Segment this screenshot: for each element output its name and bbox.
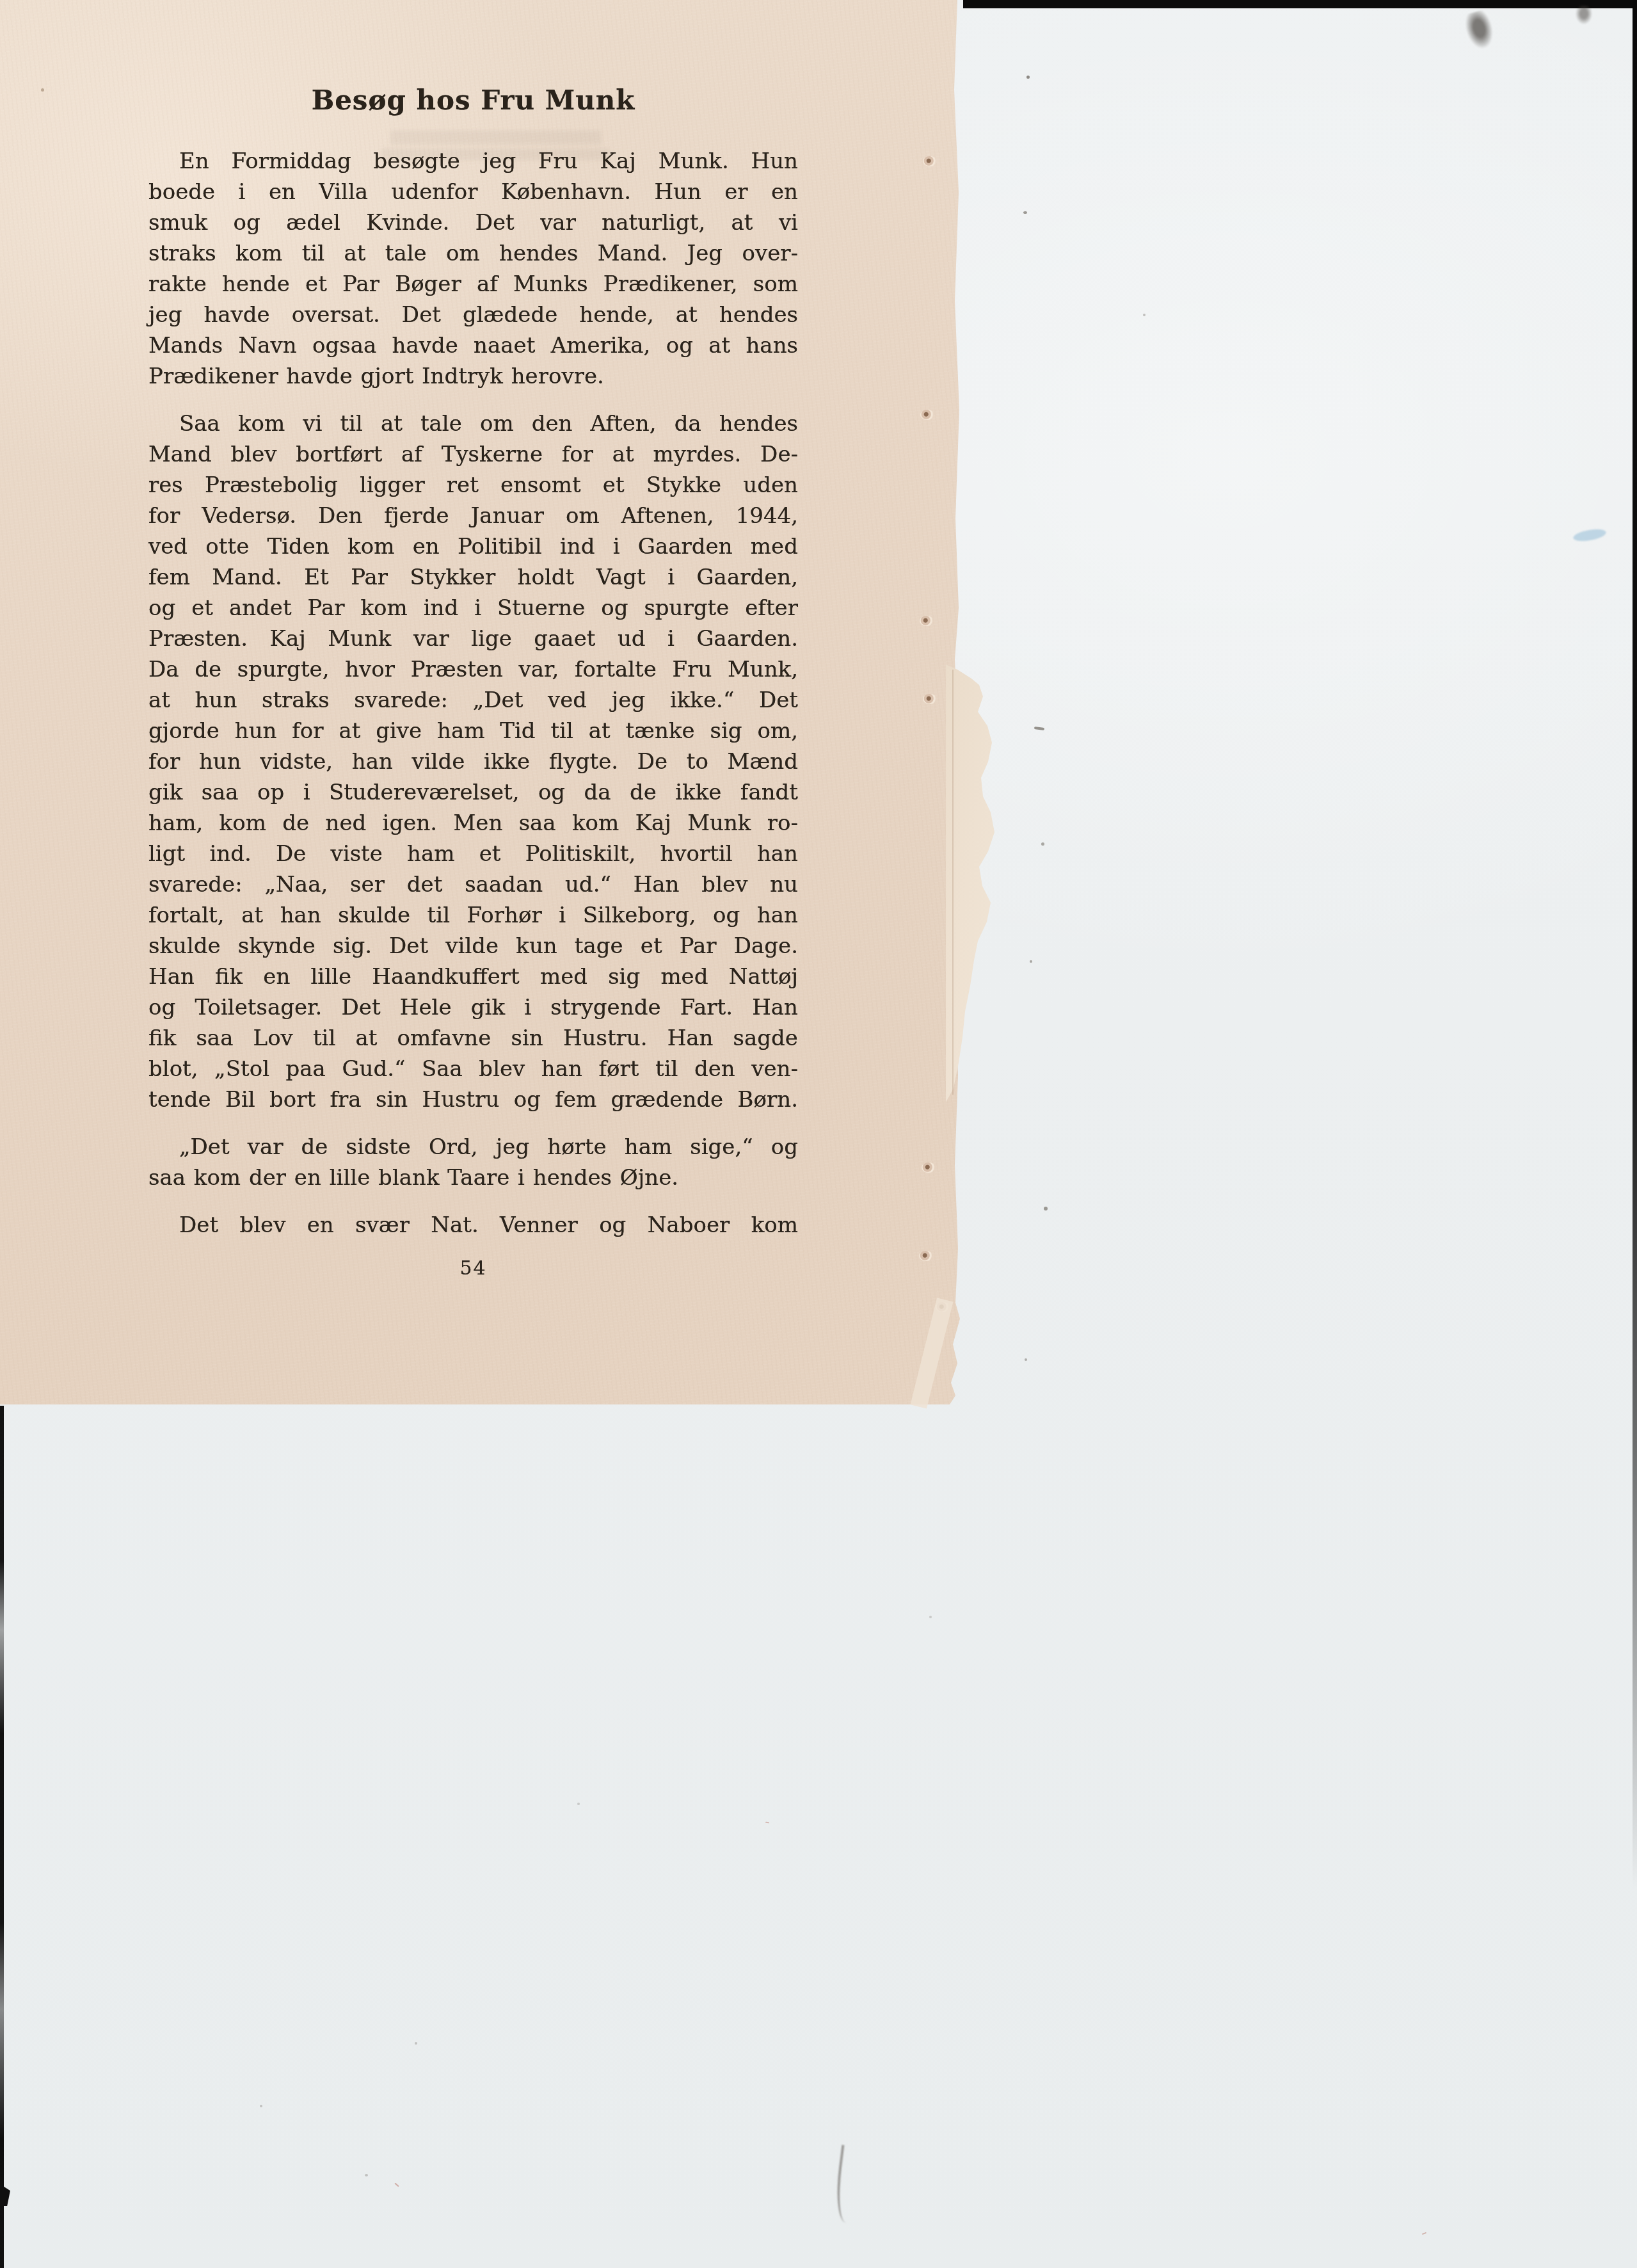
scanner-left-edge-mark xyxy=(0,2184,10,2206)
paper-nick xyxy=(923,156,937,166)
paper-nick xyxy=(920,410,934,420)
paragraph: En Formiddag besøgte jeg Fru Kaj Munk. H… xyxy=(148,146,798,392)
text-line: Prædikener havde gjort Indtryk herovre. xyxy=(148,361,798,392)
text-line: og Toiletsager. Det Hele gik i strygende… xyxy=(148,992,798,1023)
dust-speck xyxy=(577,1803,580,1805)
text-line: rakte hende et Par Bøger af Munks Prædik… xyxy=(148,269,798,300)
text-column: Besøg hos Fru Munk En Formiddag besøgte … xyxy=(148,84,798,1280)
scanner-left-edge xyxy=(0,1406,4,2268)
text-line: tende Bil bort fra sin Hustru og fem græ… xyxy=(148,1084,798,1115)
text-line: fem Mand. Et Par Stykker holdt Vagt i Ga… xyxy=(148,562,798,593)
text-line: Det blev en svær Nat. Venner og Naboer k… xyxy=(148,1210,798,1241)
dust-speck xyxy=(1041,842,1044,846)
text-line: Saa kom vi til at tale om den Aften, da … xyxy=(148,408,798,439)
blue-streak-mark xyxy=(1572,527,1607,543)
dust-speck xyxy=(1030,960,1032,963)
paper-nick xyxy=(923,694,937,704)
paragraph: Det blev en svær Nat. Venner og Naboer k… xyxy=(148,1210,798,1241)
text-line: straks kom til at tale om hendes Mand. J… xyxy=(148,238,798,269)
red-fiber xyxy=(394,2183,399,2187)
text-line: ved otte Tiden kom en Politibil ind i Ga… xyxy=(148,531,798,562)
text-line: og et andet Par kom ind i Stuerne og spu… xyxy=(148,593,798,623)
text-line: Mands Navn ogsaa havde naaet Amerika, og… xyxy=(148,330,798,361)
text-line: smuk og ædel Kvinde. Det var naturligt, … xyxy=(148,207,798,238)
text-line: Han fik en lille Haandkuffert med sig me… xyxy=(148,961,798,992)
paper-nick xyxy=(922,1162,936,1173)
dust-speck xyxy=(929,1616,932,1618)
text-line: gik saa op i Studereværelset, og da de i… xyxy=(148,777,798,808)
dust-speck xyxy=(1044,1207,1048,1210)
dust-speck xyxy=(1143,314,1146,316)
text-line: res Præstebolig ligger ret ensomt et Sty… xyxy=(148,470,798,501)
paragraph: Saa kom vi til at tale om den Aften, da … xyxy=(148,408,798,1115)
text-line: En Formiddag besøgte jeg Fru Kaj Munk. H… xyxy=(148,146,798,177)
text-line: boede i en Villa udenfor København. Hun … xyxy=(148,177,798,207)
text-line: blot, „Stol paa Gud.“ Saa blev han ført … xyxy=(148,1054,798,1084)
book-page: Besøg hos Fru Munk En Formiddag besøgte … xyxy=(0,0,968,1404)
torn-edge-crease xyxy=(952,670,954,1095)
text-line: Mand blev bortført af Tyskerne for at my… xyxy=(148,439,798,470)
dust-speck xyxy=(41,88,44,92)
text-line: at hun straks svarede: „Det ved jeg ikke… xyxy=(148,685,798,716)
page-number: 54 xyxy=(148,1257,798,1280)
dust-speck xyxy=(1023,211,1027,214)
red-fiber xyxy=(765,1821,769,1823)
page-title: Besøg hos Fru Munk xyxy=(148,84,798,117)
text-line: fortalt, at han skulde til Forhør i Silk… xyxy=(148,900,798,931)
dust-speck xyxy=(1026,76,1030,79)
scanner-top-edge xyxy=(963,0,1637,8)
text-line: ham, kom de ned igen. Men saa kom Kaj Mu… xyxy=(148,808,798,839)
gray-squiggle-mark xyxy=(833,2145,861,2224)
text-line: jeg havde oversat. Det glædede hende, at… xyxy=(148,300,798,330)
gray-smudge xyxy=(1576,5,1592,24)
scanned-document-canvas: Besøg hos Fru Munk En Formiddag besøgte … xyxy=(0,0,1637,2268)
dust-speck xyxy=(1025,1358,1027,1361)
text-line: ligt ind. De viste ham et Politiskilt, h… xyxy=(148,839,798,869)
text-line: for Vedersø. Den fjerde Januar om Aftene… xyxy=(148,501,798,531)
text-line: for hun vidste, han vilde ikke flygte. D… xyxy=(148,746,798,777)
text-line: gjorde hun for at give ham Tid til at tæ… xyxy=(148,716,798,746)
paragraph: „Det var de sidste Ord, jeg hørte ham si… xyxy=(148,1132,798,1193)
dust-speck xyxy=(365,2174,368,2176)
text-line: „Det var de sidste Ord, jeg hørte ham si… xyxy=(148,1132,798,1162)
gray-smudge xyxy=(1462,9,1497,51)
text-line: fik saa Lov til at omfavne sin Hustru. H… xyxy=(148,1023,798,1054)
text-line: Da de spurgte, hvor Præsten var, fortalt… xyxy=(148,654,798,685)
red-fiber xyxy=(1422,2232,1426,2235)
dust-speck xyxy=(260,2105,262,2107)
text-line: saa kom der en lille blank Taare i hende… xyxy=(148,1162,798,1193)
text-line: skulde skynde sig. Det vilde kun tage et… xyxy=(148,931,798,961)
paper-nick xyxy=(920,616,934,626)
text-line: Præsten. Kaj Munk var lige gaaet ud i Ga… xyxy=(148,623,798,654)
text-line: svarede: „Naa, ser det saadan ud.“ Han b… xyxy=(148,869,798,900)
body-paragraphs: En Formiddag besøgte jeg Fru Kaj Munk. H… xyxy=(148,146,798,1241)
scanner-right-edge xyxy=(1633,0,1637,1888)
dust-speck xyxy=(415,2042,417,2045)
paper-nick xyxy=(919,1251,933,1261)
torn-edge-flap xyxy=(946,664,1002,1102)
dust-dash xyxy=(1034,727,1044,730)
